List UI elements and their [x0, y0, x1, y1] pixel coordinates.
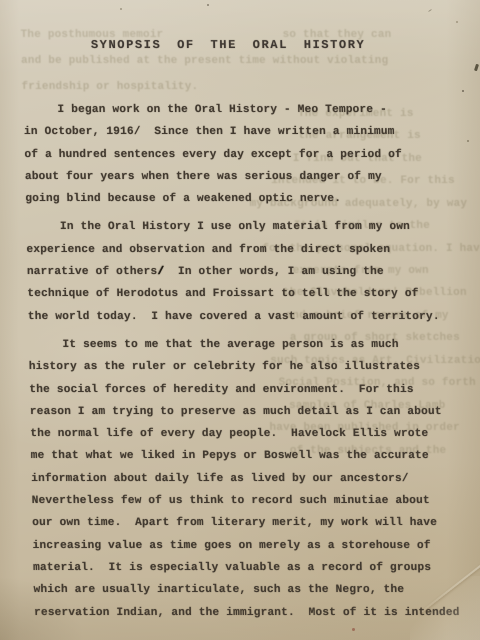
paragraph: I began work on the Oral History - Meo T… [23, 99, 461, 210]
text-line: in October, 1916/ Since then I have writ… [24, 121, 460, 143]
text-line: history as the ruler or celebrity for he… [29, 356, 465, 378]
text-line: our own time. Apart from literary merit,… [32, 512, 468, 534]
text-line: material. It is especially valuable as a… [33, 557, 469, 579]
paragraph: In the Oral History I use only material … [26, 216, 464, 327]
text-line: It seems to me that the average person i… [28, 334, 464, 356]
text-line: reason I am trying to preserve as much d… [30, 401, 466, 423]
paper-speck [120, 8, 122, 10]
text-line: experience and observation and from the … [26, 239, 462, 261]
document-title: SYNOPSIS OF THE ORAL HISTORY [22, 38, 434, 52]
paper-speck [467, 140, 469, 142]
paper-ink-mark [474, 64, 479, 72]
text-line: of a hundred sentences every day except … [24, 144, 460, 166]
text-fragment: In other words, I am using the [164, 266, 384, 278]
text-line: which are usually inarticulate, such as … [33, 579, 469, 601]
typewritten-text-layer: SYNOPSIS OF THE ORAL HISTORY I began wor… [22, 38, 470, 624]
text-line: the normal life of every day people. Hav… [30, 423, 466, 445]
text-line: going blind because of a weakened optic … [25, 188, 461, 210]
text-line: the world today. I have covered a vast a… [28, 306, 464, 328]
text-line: I began work on the Oral History - Meo T… [23, 99, 459, 121]
paper-speck [352, 628, 355, 631]
document-page-photo: The posthumous memoirso that they canand… [0, 0, 480, 640]
text-line: information about daily life as lived by… [31, 468, 467, 490]
text-line: In the Oral History I use only material … [26, 216, 462, 238]
paper-speck [428, 9, 432, 12]
text-line: about four years when there was serious … [25, 166, 461, 188]
paragraph: It seems to me that the average person i… [28, 334, 470, 624]
paper-speck [456, 21, 458, 23]
text-line: technique of Herodotus and Froissart to … [27, 283, 463, 305]
text-line: me that what we liked in Pepys or Boswel… [31, 445, 467, 467]
text-line: reservation Indian, and the immigrant. M… [34, 602, 470, 624]
document-body: I began work on the Oral History - Meo T… [23, 99, 470, 624]
text-line: narrative of others/ In other words, I a… [27, 261, 463, 283]
text-line: increasing value as time goes on merely … [32, 535, 468, 557]
text-line: Nevertheless few of us think to record s… [31, 490, 467, 512]
paper-speck [462, 90, 464, 92]
text-fragment: narrative of others [27, 266, 158, 278]
paper-speck [207, 4, 209, 6]
text-line: the social forces of heredity and enviro… [29, 379, 465, 401]
